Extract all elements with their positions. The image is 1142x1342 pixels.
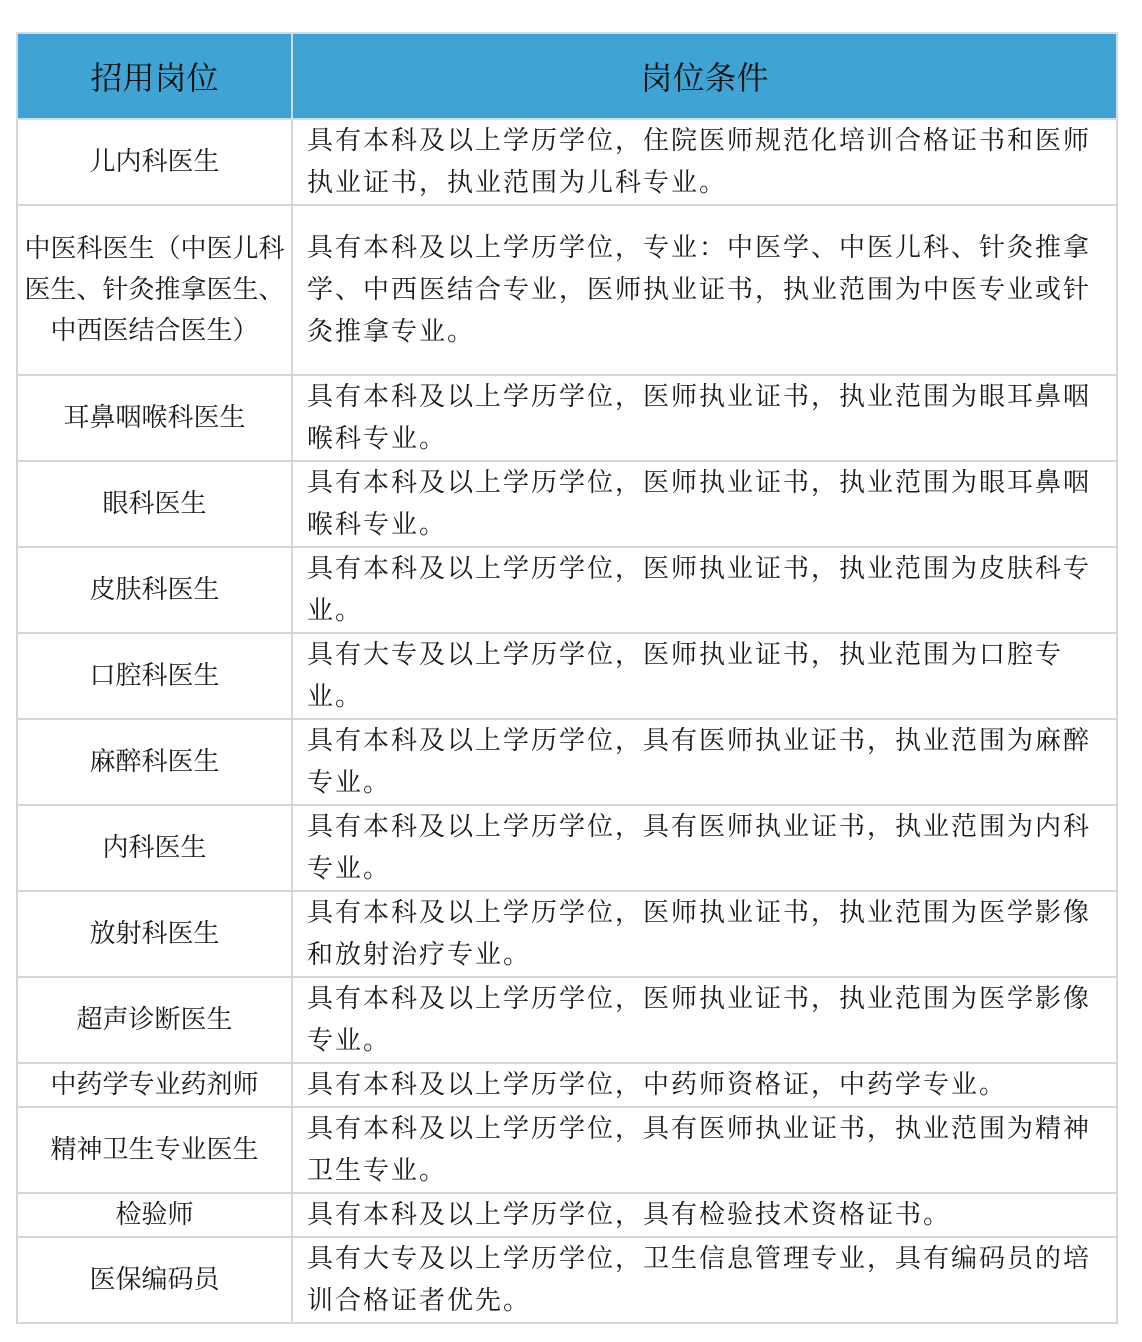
position-cell: 内科医生 — [17, 805, 292, 891]
condition-cell: 具有本科及以上学历学位，具有检验技术资格证书。 — [292, 1193, 1117, 1237]
position-cell: 医保编码员 — [17, 1237, 292, 1323]
condition-cell: 具有本科及以上学历学位，住院医师规范化培训合格证书和医师执业证书，执业范围为儿科… — [292, 119, 1117, 205]
condition-cell: 具有本科及以上学历学位，专业：中医学、中医儿科、针灸推拿学、中西医结合专业，医师… — [292, 205, 1117, 375]
table-row: 精神卫生专业医生具有本科及以上学历学位，具有医师执业证书，执业范围为精神卫生专业… — [17, 1107, 1117, 1193]
condition-cell: 具有本科及以上学历学位，医师执业证书，执业范围为眼耳鼻咽喉科专业。 — [292, 461, 1117, 547]
table-row: 麻醉科医生具有本科及以上学历学位，具有医师执业证书，执业范围为麻醉专业。 — [17, 719, 1117, 805]
condition-cell: 具有大专及以上学历学位，医师执业证书，执业范围为口腔专业。 — [292, 633, 1117, 719]
table-row: 眼科医生具有本科及以上学历学位，医师执业证书，执业范围为眼耳鼻咽喉科专业。 — [17, 461, 1117, 547]
position-cell: 皮肤科医生 — [17, 547, 292, 633]
condition-cell: 具有本科及以上学历学位，医师执业证书，执业范围为皮肤科专业。 — [292, 547, 1117, 633]
table-row: 皮肤科医生具有本科及以上学历学位，医师执业证书，执业范围为皮肤科专业。 — [17, 547, 1117, 633]
position-cell: 中医科医生（中医儿科医生、针灸推拿医生、中西医结合医生） — [17, 205, 292, 375]
table-row: 耳鼻咽喉科医生具有本科及以上学历学位，医师执业证书，执业范围为眼耳鼻咽喉科专业。 — [17, 375, 1117, 461]
condition-cell: 具有大专及以上学历学位，卫生信息管理专业，具有编码员的培训合格证者优先。 — [292, 1237, 1117, 1323]
condition-cell: 具有本科及以上学历学位，中药师资格证，中药学专业。 — [292, 1063, 1117, 1107]
condition-cell: 具有本科及以上学历学位，医师执业证书，执业范围为眼耳鼻咽喉科专业。 — [292, 375, 1117, 461]
condition-cell: 具有本科及以上学历学位，具有医师执业证书，执业范围为精神卫生专业。 — [292, 1107, 1117, 1193]
condition-cell: 具有本科及以上学历学位，具有医师执业证书，执业范围为内科专业。 — [292, 805, 1117, 891]
header-position: 招用岗位 — [17, 33, 292, 119]
position-cell: 超声诊断医生 — [17, 977, 292, 1063]
condition-cell: 具有本科及以上学历学位，医师执业证书，执业范围为医学影像和放射治疗专业。 — [292, 891, 1117, 977]
table-row: 超声诊断医生具有本科及以上学历学位，医师执业证书，执业范围为医学影像专业。 — [17, 977, 1117, 1063]
header-row: 招用岗位 岗位条件 — [17, 33, 1117, 119]
condition-cell: 具有本科及以上学历学位，医师执业证书，执业范围为医学影像专业。 — [292, 977, 1117, 1063]
position-cell: 精神卫生专业医生 — [17, 1107, 292, 1193]
table-row: 口腔科医生具有大专及以上学历学位，医师执业证书，执业范围为口腔专业。 — [17, 633, 1117, 719]
condition-cell: 具有本科及以上学历学位，具有医师执业证书，执业范围为麻醉专业。 — [292, 719, 1117, 805]
position-cell: 麻醉科医生 — [17, 719, 292, 805]
table-row: 医保编码员具有大专及以上学历学位，卫生信息管理专业，具有编码员的培训合格证者优先… — [17, 1237, 1117, 1323]
table-row: 检验师具有本科及以上学历学位，具有检验技术资格证书。 — [17, 1193, 1117, 1237]
position-cell: 眼科医生 — [17, 461, 292, 547]
position-cell: 中药学专业药剂师 — [17, 1063, 292, 1107]
position-cell: 儿内科医生 — [17, 119, 292, 205]
position-cell: 检验师 — [17, 1193, 292, 1237]
recruitment-table: 招用岗位 岗位条件 儿内科医生具有本科及以上学历学位，住院医师规范化培训合格证书… — [16, 32, 1118, 1324]
position-cell: 口腔科医生 — [17, 633, 292, 719]
table-row: 放射科医生具有本科及以上学历学位，医师执业证书，执业范围为医学影像和放射治疗专业… — [17, 891, 1117, 977]
table-row: 中药学专业药剂师具有本科及以上学历学位，中药师资格证，中药学专业。 — [17, 1063, 1117, 1107]
table-row: 中医科医生（中医儿科医生、针灸推拿医生、中西医结合医生）具有本科及以上学历学位，… — [17, 205, 1117, 375]
table-row: 内科医生具有本科及以上学历学位，具有医师执业证书，执业范围为内科专业。 — [17, 805, 1117, 891]
table-row: 儿内科医生具有本科及以上学历学位，住院医师规范化培训合格证书和医师执业证书，执业… — [17, 119, 1117, 205]
header-condition: 岗位条件 — [292, 33, 1117, 119]
position-cell: 放射科医生 — [17, 891, 292, 977]
position-cell: 耳鼻咽喉科医生 — [17, 375, 292, 461]
